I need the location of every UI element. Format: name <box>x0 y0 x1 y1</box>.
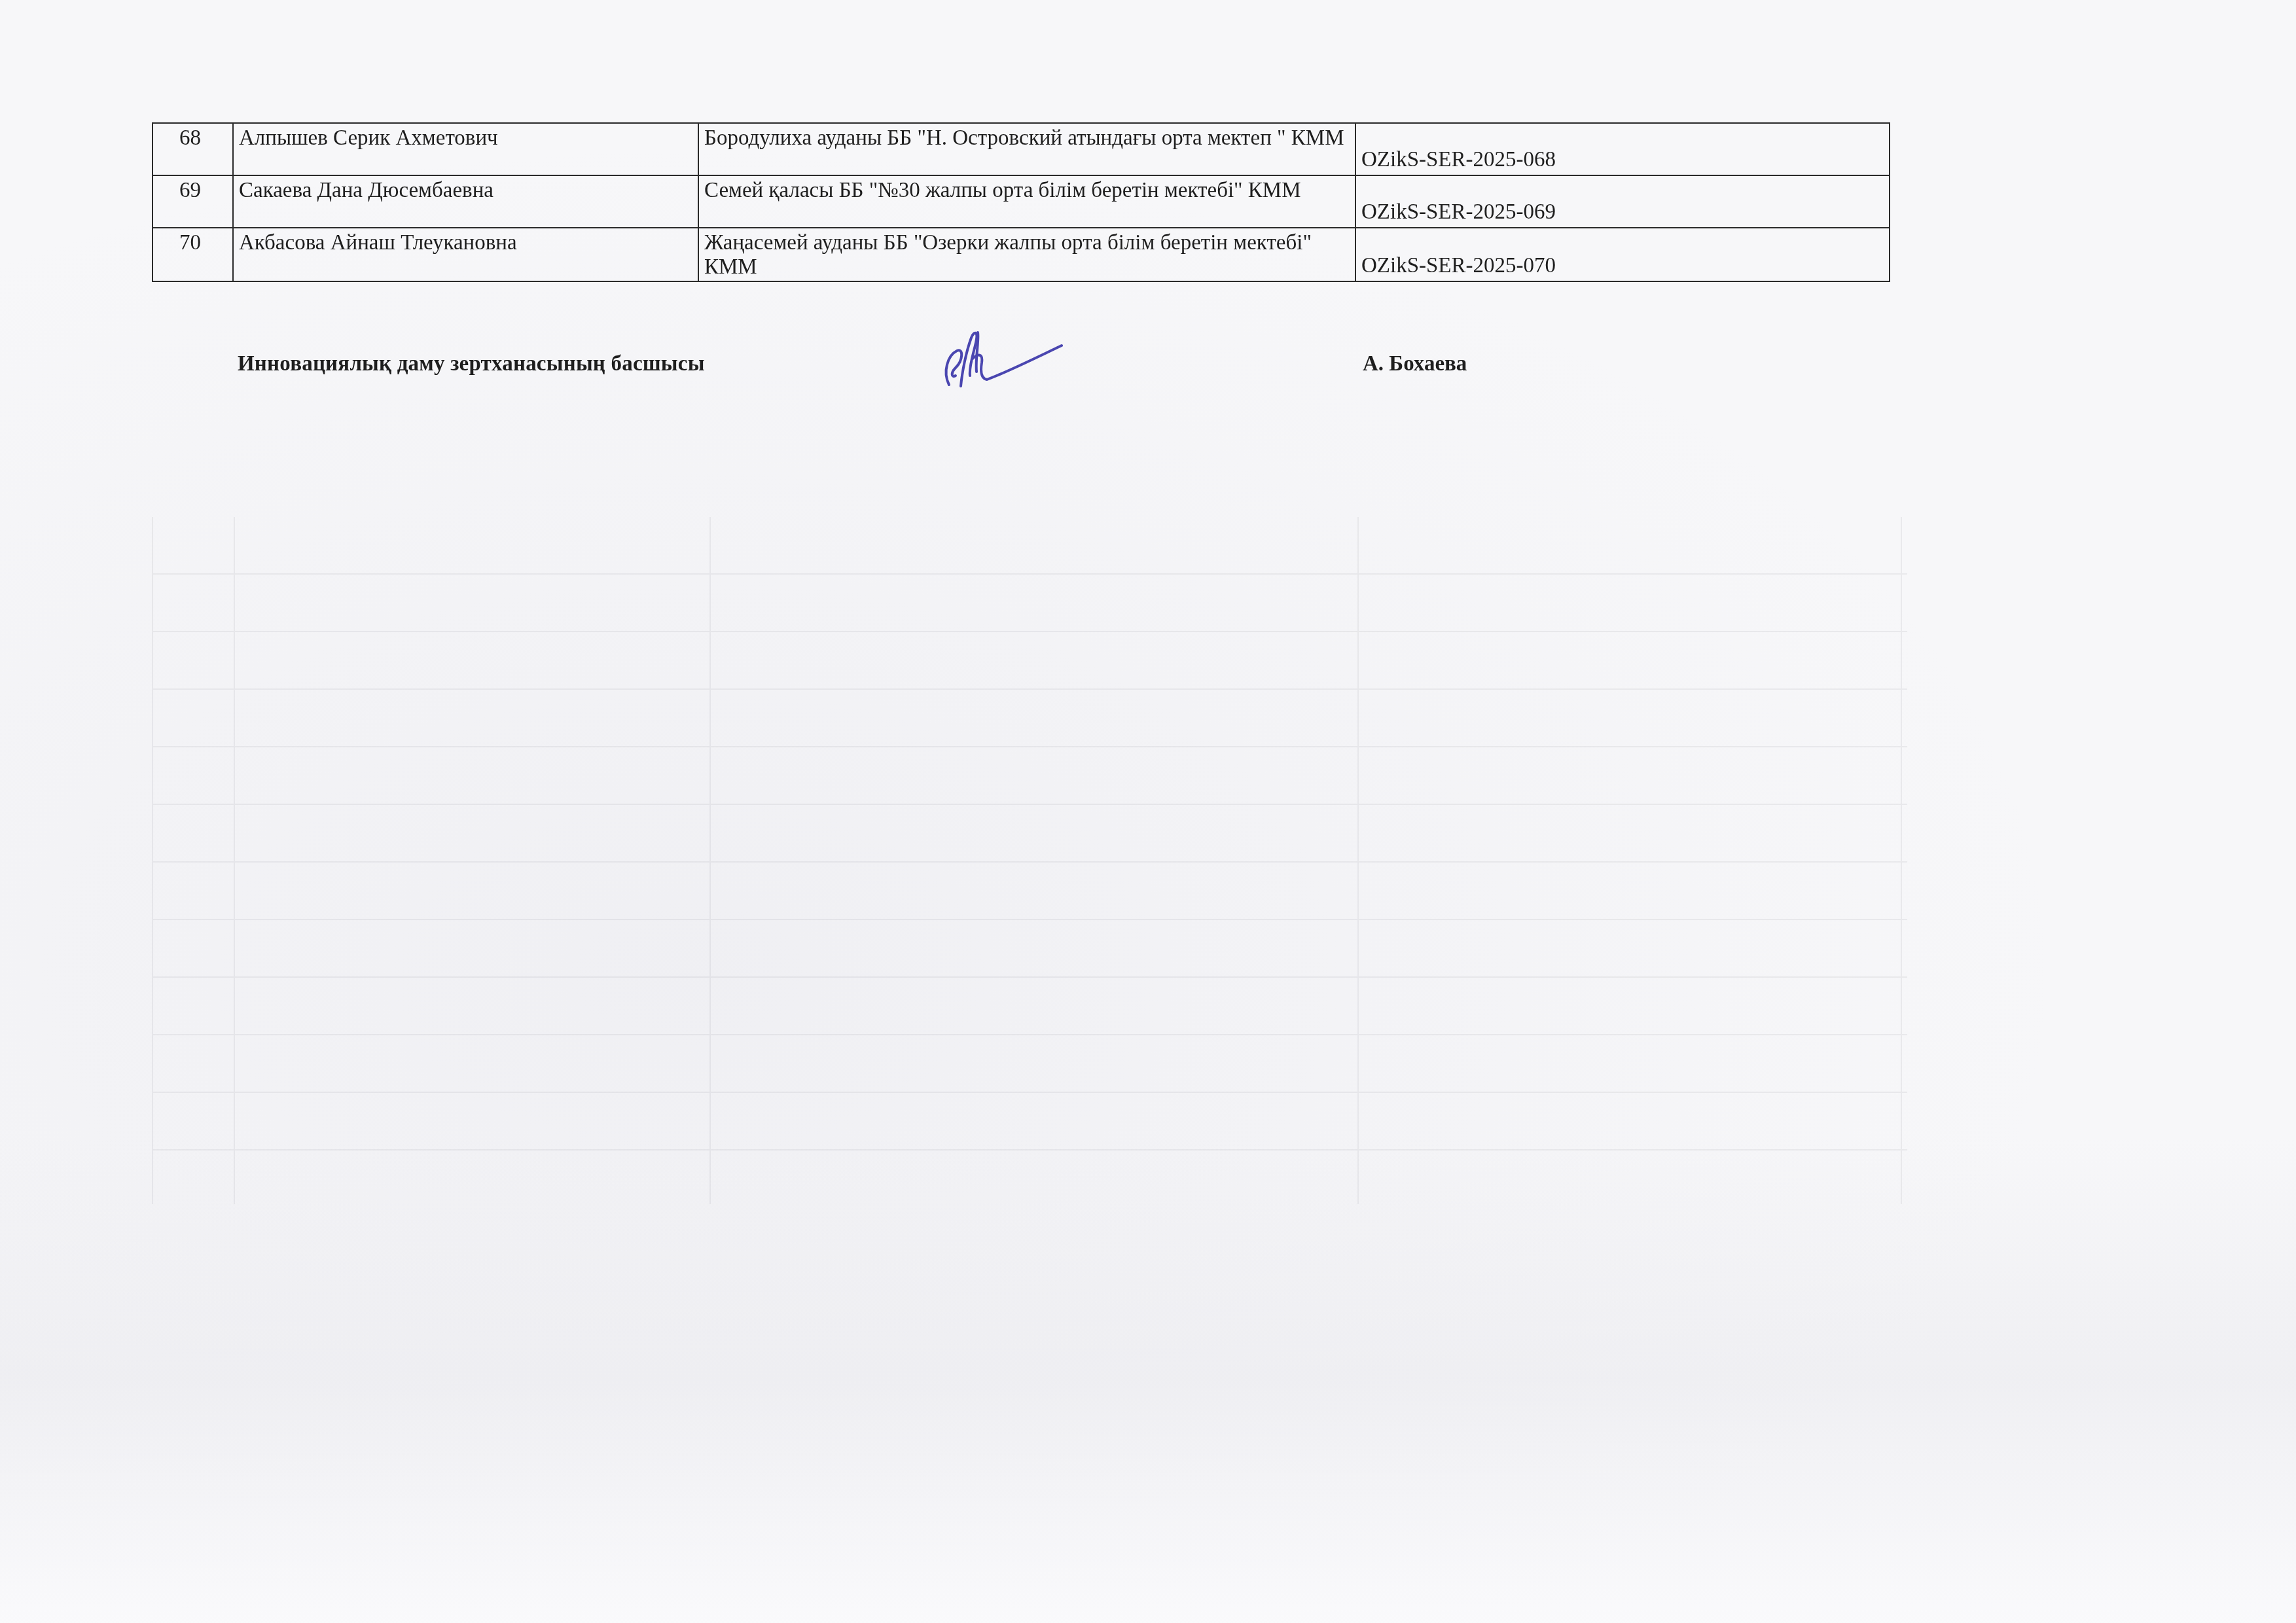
participant-name: Алпышев Серик Ахметович <box>233 123 698 175</box>
participant-name: Акбасова Айнаш Тлеукановна <box>233 228 698 281</box>
certificate-code: OZikS-SER-2025-068 <box>1355 123 1890 175</box>
table-row: 68 Алпышев Серик Ахметович Бородулиха ау… <box>152 123 1890 175</box>
organization-name: Жаңасемей ауданы ББ "Озерки жалпы орта б… <box>698 228 1355 281</box>
certificate-register-table: 68 Алпышев Серик Ахметович Бородулиха ау… <box>152 122 1890 282</box>
signature-block: Инновациялық даму зертханасының басшысы … <box>0 346 2296 398</box>
row-number: 68 <box>152 123 233 175</box>
organization-name: Семей қаласы ББ "№30 жалпы орта білім бе… <box>698 175 1355 228</box>
handwritten-signature-icon <box>923 313 1067 398</box>
certificate-code: OZikS-SER-2025-069 <box>1355 175 1890 228</box>
participant-name: Сакаева Дана Дюсембаевна <box>233 175 698 228</box>
organization-name: Бородулиха ауданы ББ "Н. Островский атын… <box>698 123 1355 175</box>
signer-name: А. Бохаева <box>1363 352 1467 376</box>
row-number: 69 <box>152 175 233 228</box>
row-number: 70 <box>152 228 233 281</box>
table-row: 69 Сакаева Дана Дюсембаевна Семей қаласы… <box>152 175 1890 228</box>
position-title: Инновациялық даму зертханасының басшысы <box>238 352 705 376</box>
bleed-through-table <box>152 517 1907 1204</box>
table-row: 70 Акбасова Айнаш Тлеукановна Жаңасемей … <box>152 228 1890 281</box>
certificate-code: OZikS-SER-2025-070 <box>1355 228 1890 281</box>
